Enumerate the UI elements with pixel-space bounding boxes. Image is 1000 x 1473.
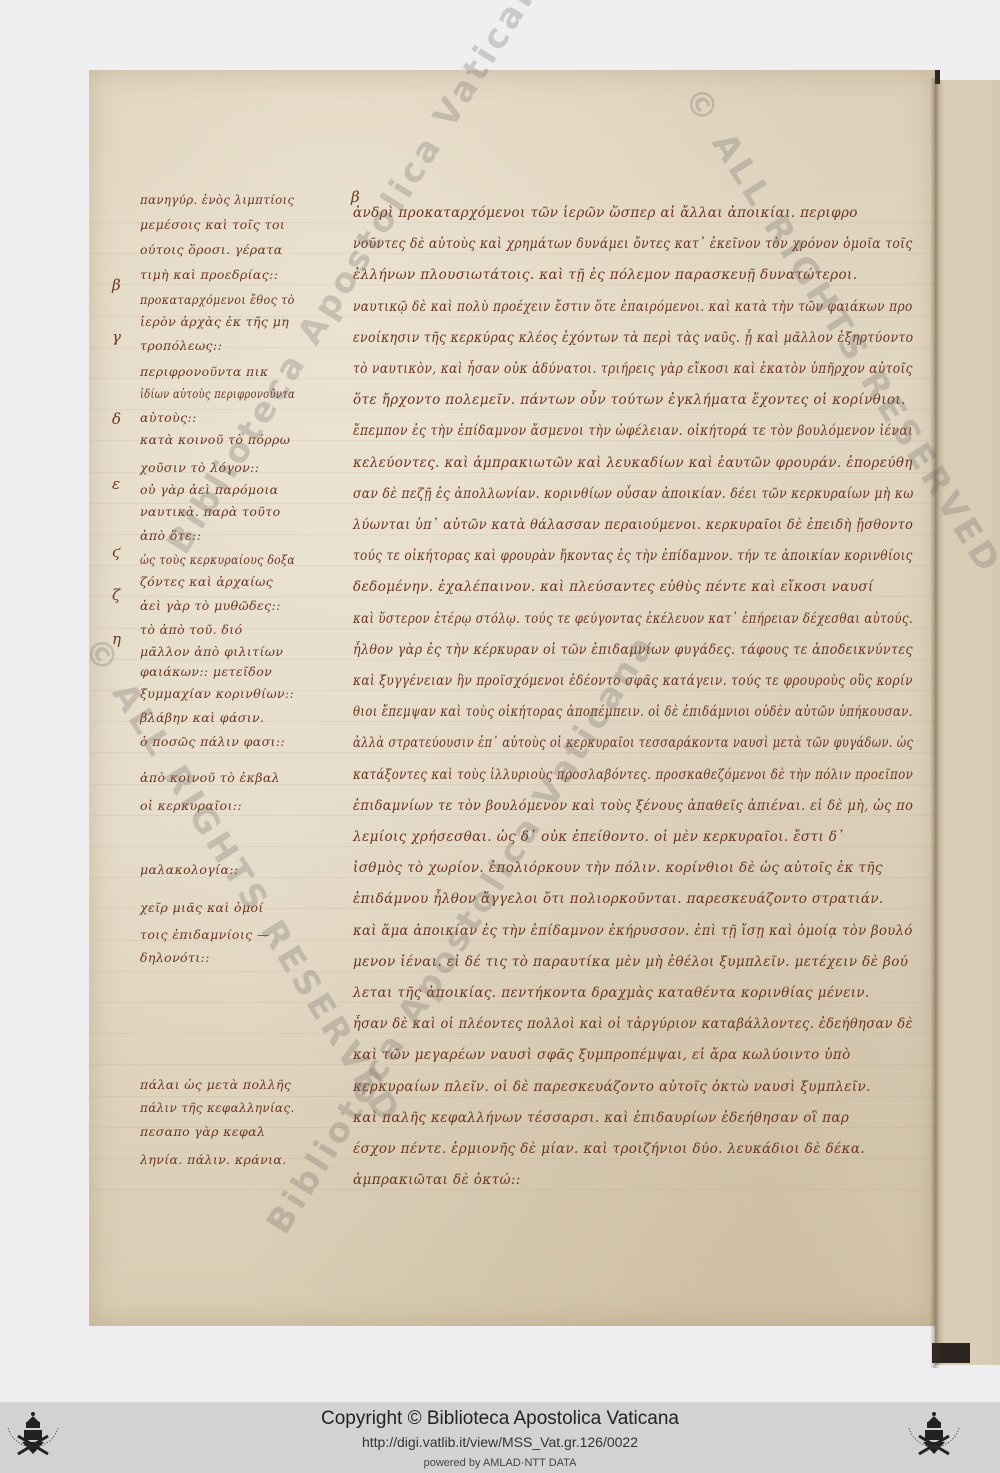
margin-note: μεμέσοις καὶ τοῖς τοι [140, 217, 285, 232]
margin-note: δηλονότι:: [140, 950, 210, 965]
main-text-line: καὶ παλῆς κεφαλλήνων τέσσαρσι. καὶ ἐπιδα… [353, 1110, 913, 1126]
ruling-line [89, 1189, 935, 1190]
section-number: ϛ [112, 543, 120, 561]
main-text-line: ἔπεμπον ἐς τὴν ἐπίδαμνον ἄσμενοι τὴν ὠφέ… [353, 423, 863, 439]
margin-note: ἱερὸν ἀρχὰς ἐκ τῆς μη [140, 314, 289, 329]
margin-note: πάλαι ὡς μετὰ πολλῆς [140, 1077, 291, 1092]
margin-note: αὐτοὺς:: [140, 410, 197, 425]
main-text-line: ἐπιδάμνου ἦλθον ἄγγελοι ὅτι πολιορκοῦντα… [353, 891, 913, 907]
main-text-line: ἀμπρακιῶται δὲ ὀκτώ:: [353, 1172, 913, 1188]
ruling-line [89, 534, 935, 535]
main-text-line: σαν δὲ πεζῇ ἐς ἀπολλωνίαν. κορινθίων οὖσ… [353, 486, 863, 502]
section-number: δ [112, 410, 121, 428]
margin-note: πεσαπο γὰρ κεφαλ [140, 1124, 265, 1139]
main-text-line: ἰσθμὸς τὸ χωρίον. ἐπολιόρκουν τὴν πόλιν.… [353, 860, 913, 876]
image-viewport: β βγδεϛζη πανηγύρ. ἑνὸς λιμπτίοιςμεμέσοι… [0, 0, 1000, 1402]
folio-top-mark: β [351, 188, 360, 206]
gutter-shadow [930, 78, 940, 1368]
main-text-line: καὶ ἅμα ἀποικίαν ἐς τὴν ἐπίδαμνον ἐκήρυσ… [353, 923, 897, 939]
margin-note: ούτοις ὅροσι. γέρατα [140, 242, 283, 257]
margin-note: φαιάκων:: μετεῖδον [140, 664, 272, 679]
image-url[interactable]: http://digi.vatlib.it/view/MSS_Vat.gr.12… [0, 1434, 1000, 1450]
main-text-line: λεμίοις χρήσεσθαι. ὡς δ᾽ οὐκ ἐπείθοντο. … [353, 829, 913, 845]
main-text-line: καὶ τῶν μεγαρέων ναυσὶ σφᾶς ξυμπροπέμψαι… [353, 1047, 913, 1063]
margin-note: πανηγύρ. ἑνὸς λιμπτίοις [140, 192, 294, 207]
facing-leaf [935, 80, 1000, 1365]
ruling-line [89, 409, 935, 410]
ruling-line [89, 1064, 935, 1065]
margin-note: τροπόλεως:: [140, 338, 222, 353]
margin-note: ξυμμαχίαν κορινθίων:: [140, 686, 294, 701]
section-number: ε [112, 475, 120, 493]
main-text-line: λύωνται ὑπ᾽ αὐτῶν κατὰ θάλασσαν περαιούμ… [353, 517, 884, 533]
ruling-line [89, 1033, 935, 1034]
manuscript-folio: β βγδεϛζη πανηγύρ. ἑνὸς λιμπτίοιςμεμέσοι… [89, 70, 935, 1326]
margin-note: περιφρονοῦντα πικ [140, 364, 269, 379]
copyright-footer: Copyright © Biblioteca Apostolica Vatica… [0, 1402, 1000, 1473]
section-number: β [112, 276, 121, 294]
main-text-line: τὸ ναυτικὸν, καὶ ἦσαν οὐκ ἀδύνατοι. τριή… [353, 361, 859, 377]
main-text-line: κατάξοντες καὶ τοὺς ἰλλυριοὺς προσλαβόντ… [353, 767, 845, 783]
ruling-line [89, 1002, 935, 1003]
main-text-line: ἐπιδαμνίων τε τὸν βουλόμενον καὶ τοὺς ξέ… [353, 798, 889, 814]
section-number: γ [112, 328, 121, 346]
ruling-line [89, 1096, 935, 1097]
margin-note: τὸ ἀπὸ τοῦ. διό [140, 622, 243, 637]
margin-note: μᾶλλον ἀπὸ φιλιτίων [140, 644, 283, 659]
main-text-line: κερκυραίων πλεῖν. οἱ δὲ παρεσκευάζοντο α… [353, 1079, 913, 1095]
margin-note: τιμὴ καὶ προεδρίας:: [140, 267, 278, 282]
main-text-line: ενοίκησιν τῆς κερκύρας κλέος ἐχόντων τὰ … [353, 330, 870, 346]
margin-note: ληνία. πάλιν. κράνια. [140, 1152, 287, 1167]
main-text-line: ὅτε ἤρχοντο πολεμεῖν. πάντων οὖν τούτων … [353, 392, 913, 408]
margin-note: ἀεὶ γὰρ τὸ μυθῶδες:: [140, 598, 281, 613]
ruling-line [89, 971, 935, 972]
main-text-line: ναυτικῷ δὲ καὶ πολὺ προέχειν ἔστιν ὅτε ἐ… [353, 299, 856, 315]
margin-note: προκαταρχόμενοι ἔθος τὸ [140, 292, 295, 307]
margin-note: πάλιν τῆς κεφαλληνίας. [140, 1100, 295, 1115]
ruling-line [89, 752, 935, 753]
powered-by-text: powered by AMLAD·NTT DATA [0, 1457, 1000, 1469]
section-number: ζ [112, 586, 120, 604]
main-text-line: έσχον πέντε. ἑρμιονῆς δὲ μίαν. καὶ τροιζ… [353, 1141, 913, 1157]
main-text-line: ἦσαν δὲ καὶ οἱ πλέοντες πολλοὶ καὶ οἱ τἀ… [353, 1016, 892, 1032]
copyright-text: Copyright © Biblioteca Apostolica Vatica… [0, 1408, 1000, 1430]
main-text-line: κελεύοντες. καὶ ἀμπρακιωτῶν καὶ λευκαδίω… [353, 455, 909, 471]
main-text-line: δεδομένην. ἐχαλέπαινον. καὶ πλεύσαντες ε… [353, 579, 913, 595]
margin-note: ὡς τοὺς κερκυραίους δοξα [140, 552, 295, 567]
main-text-line: καὶ ὕστερον ἑτέρῳ στόλῳ. τούς τε φεύγοντ… [353, 611, 841, 627]
vatican-library-logo-icon [903, 1406, 965, 1468]
main-text-line: τούς τε οἰκήτορας καὶ φρουρὰν ἥκοντας ἐς… [353, 548, 851, 564]
margin-note: ζόντες καὶ ἀρχαίως [140, 574, 273, 589]
main-text-line: ἀνδρὶ προκαταρχόμενοι τῶν ἱερῶν ὥσπερ αἱ… [353, 205, 913, 221]
